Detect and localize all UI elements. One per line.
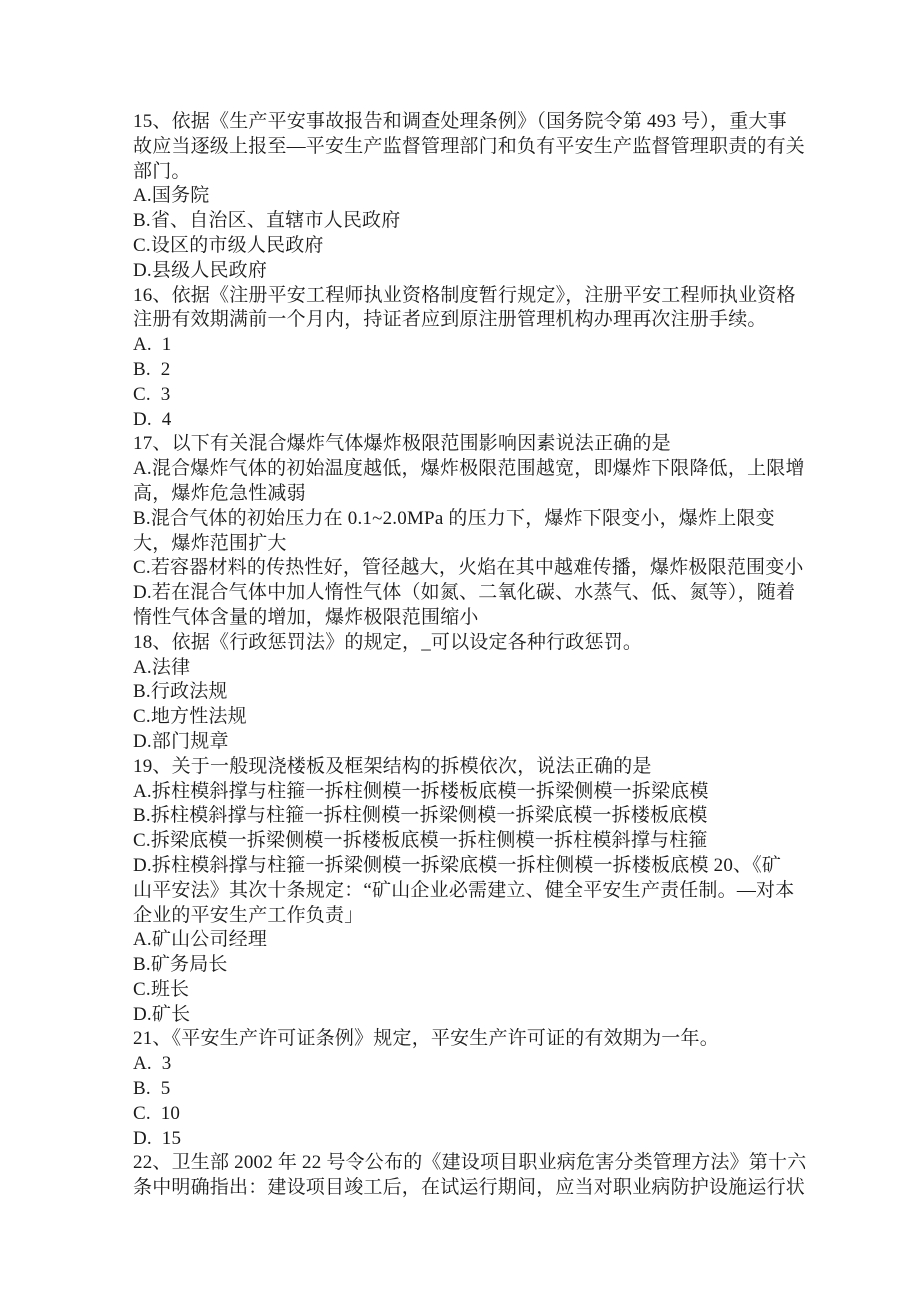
text-line: D.部门规章 bbox=[133, 730, 833, 755]
text-line: 条中明确指出：建设项目竣工后，在试运行期间，应当对职业病防护设施运行状 bbox=[133, 1176, 833, 1201]
text-line: A.国务院 bbox=[133, 184, 833, 209]
text-line: D.若在混合气体中加人惰性气体（如氮、二氧化碳、水蒸气、低、氮等），随着 bbox=[133, 581, 833, 606]
text-line: 山平安法》其次十条规定：“矿山企业必需建立、健全平安生产责任制。—对本 bbox=[133, 879, 833, 904]
text-line: 大，爆炸范围扩大 bbox=[133, 532, 833, 557]
text-line: 19、关于一般现浇楼板及框架结构的拆模依次，说法正确的是 bbox=[133, 755, 833, 780]
text-line: D. 4 bbox=[133, 408, 833, 433]
text-line: C.地方性法规 bbox=[133, 705, 833, 730]
text-line: A. 3 bbox=[133, 1052, 833, 1077]
text-line: A.矿山公司经理 bbox=[133, 928, 833, 953]
text-line: B. 5 bbox=[133, 1077, 833, 1102]
text-line: 高，爆炸危急性减弱 bbox=[133, 482, 833, 507]
text-line: 部门。 bbox=[133, 160, 833, 185]
text-line: C.拆梁底模一拆梁侧模一拆楼板底模一拆柱侧模一拆柱模斜撑与柱箍 bbox=[133, 829, 833, 854]
text-line: 17、以下有关混合爆炸气体爆炸极限范围影响因素说法正确的是 bbox=[133, 432, 833, 457]
text-line: C.若容器材料的传热性好，管径越大，火焰在其中越难传播，爆炸极限范围变小 bbox=[133, 556, 833, 581]
text-line: 22、卫生部 2002 年 22 号令公布的《建设项目职业病危害分类管理方法》第… bbox=[133, 1151, 833, 1176]
text-line: C.班长 bbox=[133, 978, 833, 1003]
text-line: B.混合气体的初始压力在 0.1~2.0MPa 的压力下，爆炸下限变小，爆炸上限… bbox=[133, 507, 833, 532]
text-line: A.拆柱模斜撑与柱箍一拆柱侧模一拆楼板底模一拆梁侧模一拆梁底模 bbox=[133, 780, 833, 805]
text-line: D.矿长 bbox=[133, 1003, 833, 1028]
text-line: 21、《平安生产许可证条例》规定，平安生产许可证的有效期为一年。 bbox=[133, 1027, 833, 1052]
text-line: D.拆柱模斜撑与柱箍一拆梁侧模一拆梁底模一拆柱侧模一拆楼板底模 20、《矿 bbox=[133, 854, 833, 879]
text-line: C. 3 bbox=[133, 383, 833, 408]
text-line: B.省、自治区、直辖市人民政府 bbox=[133, 209, 833, 234]
text-line: 企业的平安生产工作负责」 bbox=[133, 904, 833, 929]
text-line: 注册有效期满前一个月内，持证者应到原注册管理机构办理再次注册手续。 bbox=[133, 308, 833, 333]
text-line: B.行政法规 bbox=[133, 680, 833, 705]
question-text-block: 15、依据《生产平安事故报告和调查处理条例》（国务院令第 493 号），重大事故… bbox=[133, 110, 833, 1201]
text-line: A.法律 bbox=[133, 656, 833, 681]
text-line: D. 15 bbox=[133, 1127, 833, 1152]
text-line: 18、依据《行政惩罚法》的规定，_可以设定各种行政惩罚。 bbox=[133, 631, 833, 656]
text-line: B.拆柱模斜撑与柱箍一拆柱侧模一拆梁侧模一拆梁底模一拆楼板底模 bbox=[133, 804, 833, 829]
text-line: 15、依据《生产平安事故报告和调查处理条例》（国务院令第 493 号），重大事 bbox=[133, 110, 833, 135]
text-line: A. 1 bbox=[133, 333, 833, 358]
text-line: C.设区的市级人民政府 bbox=[133, 234, 833, 259]
text-line: 故应当逐级上报至—平安生产监督管理部门和负有平安生产监督管理职责的有关 bbox=[133, 135, 833, 160]
text-line: B. 2 bbox=[133, 358, 833, 383]
text-line: B.矿务局长 bbox=[133, 953, 833, 978]
document-page: 15、依据《生产平安事故报告和调查处理条例》（国务院令第 493 号），重大事故… bbox=[0, 0, 920, 1301]
text-line: C. 10 bbox=[133, 1102, 833, 1127]
text-line: 16、依据《注册平安工程师执业资格制度暂行规定》，注册平安工程师执业资格 bbox=[133, 284, 833, 309]
text-line: D.县级人民政府 bbox=[133, 259, 833, 284]
text-line: A.混合爆炸气体的初始温度越低，爆炸极限范围越宽，即爆炸下限降低，上限增 bbox=[133, 457, 833, 482]
text-line: 惰性气体含量的增加，爆炸极限范围缩小 bbox=[133, 606, 833, 631]
